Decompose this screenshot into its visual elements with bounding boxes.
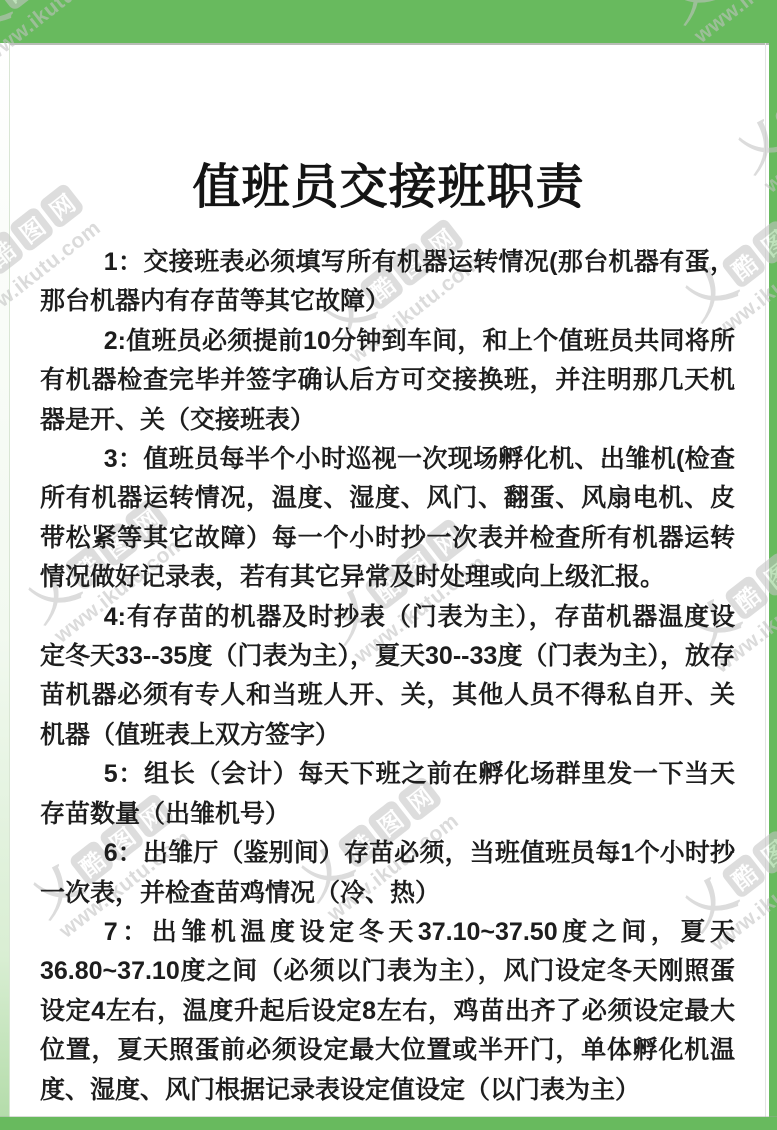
paragraph-4: 4:有存苗的机器及时抄表（门表为主），存苗机器温度设定冬天33--35度（门表为… — [40, 598, 735, 756]
paragraph-1: 1：交接班表必须填写所有机器运转情况(那台机器有蛋，那台机器内有存苗等其它故障） — [40, 243, 735, 322]
paragraph-6: 6：出雏厅（鉴别间）存苗必须，当班值班员每1个小时抄一次表，并检查苗鸡情况（冷、… — [40, 834, 735, 913]
paragraph-7: 7：出雏机温度设定冬天37.10~37.50度之间，夏天36.80~37.10度… — [40, 913, 735, 1110]
document-content: 值班员交接班职责 1：交接班表必须填写所有机器运转情况(那台机器有蛋，那台机器内… — [0, 0, 777, 1130]
page-title: 值班员交接班职责 — [0, 148, 777, 217]
paragraph-2: 2:值班员必须提前10分钟到车间，和上个值班员共同将所有机器检查完毕并签字确认后… — [40, 322, 735, 440]
document-page: 乂 酷 图 网 www.ikutu.com 乂 酷 图 网 www.ikutu.… — [0, 0, 777, 1130]
document-body: 1：交接班表必须填写所有机器运转情况(那台机器有蛋，那台机器内有存苗等其它故障）… — [40, 243, 735, 1115]
paragraph-3: 3：值班员每半个小时巡视一次现场孵化机、出雏机(检查所有机器运转情况，温度、湿度… — [40, 440, 735, 598]
bottom-green-bar — [0, 1117, 777, 1130]
paragraph-5: 5：组长（会计）每天下班之前在孵化场群里发一下当天存苗数量（出雏机号） — [40, 755, 735, 834]
